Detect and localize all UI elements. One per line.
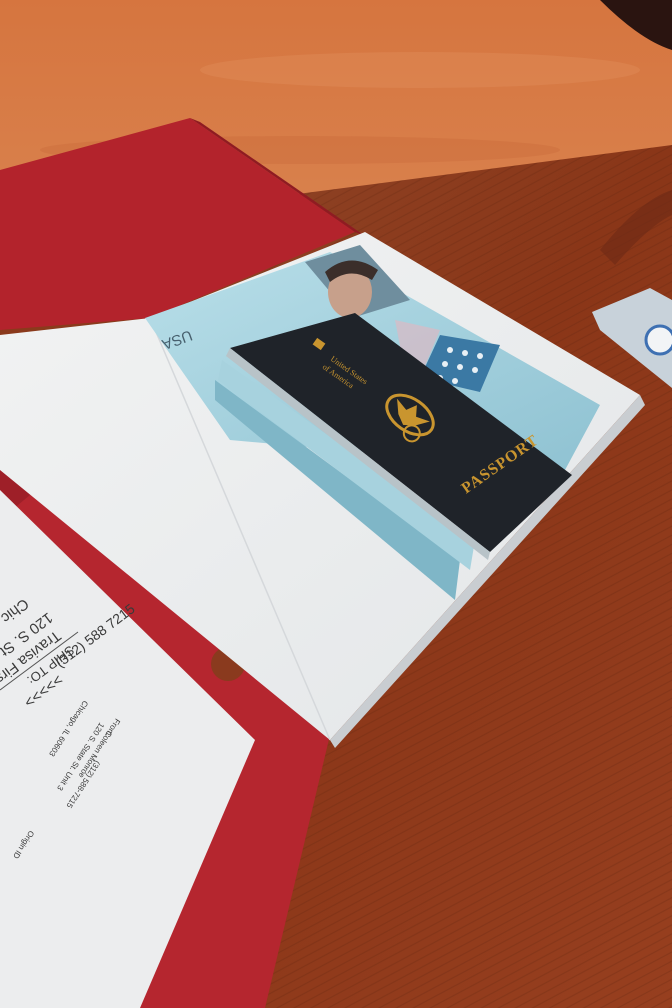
seal-icon (646, 326, 672, 354)
scene-canvas: USA United States of America PASSPORT SH… (0, 0, 672, 1008)
photo-scene: USA United States of America PASSPORT SH… (0, 0, 672, 1008)
